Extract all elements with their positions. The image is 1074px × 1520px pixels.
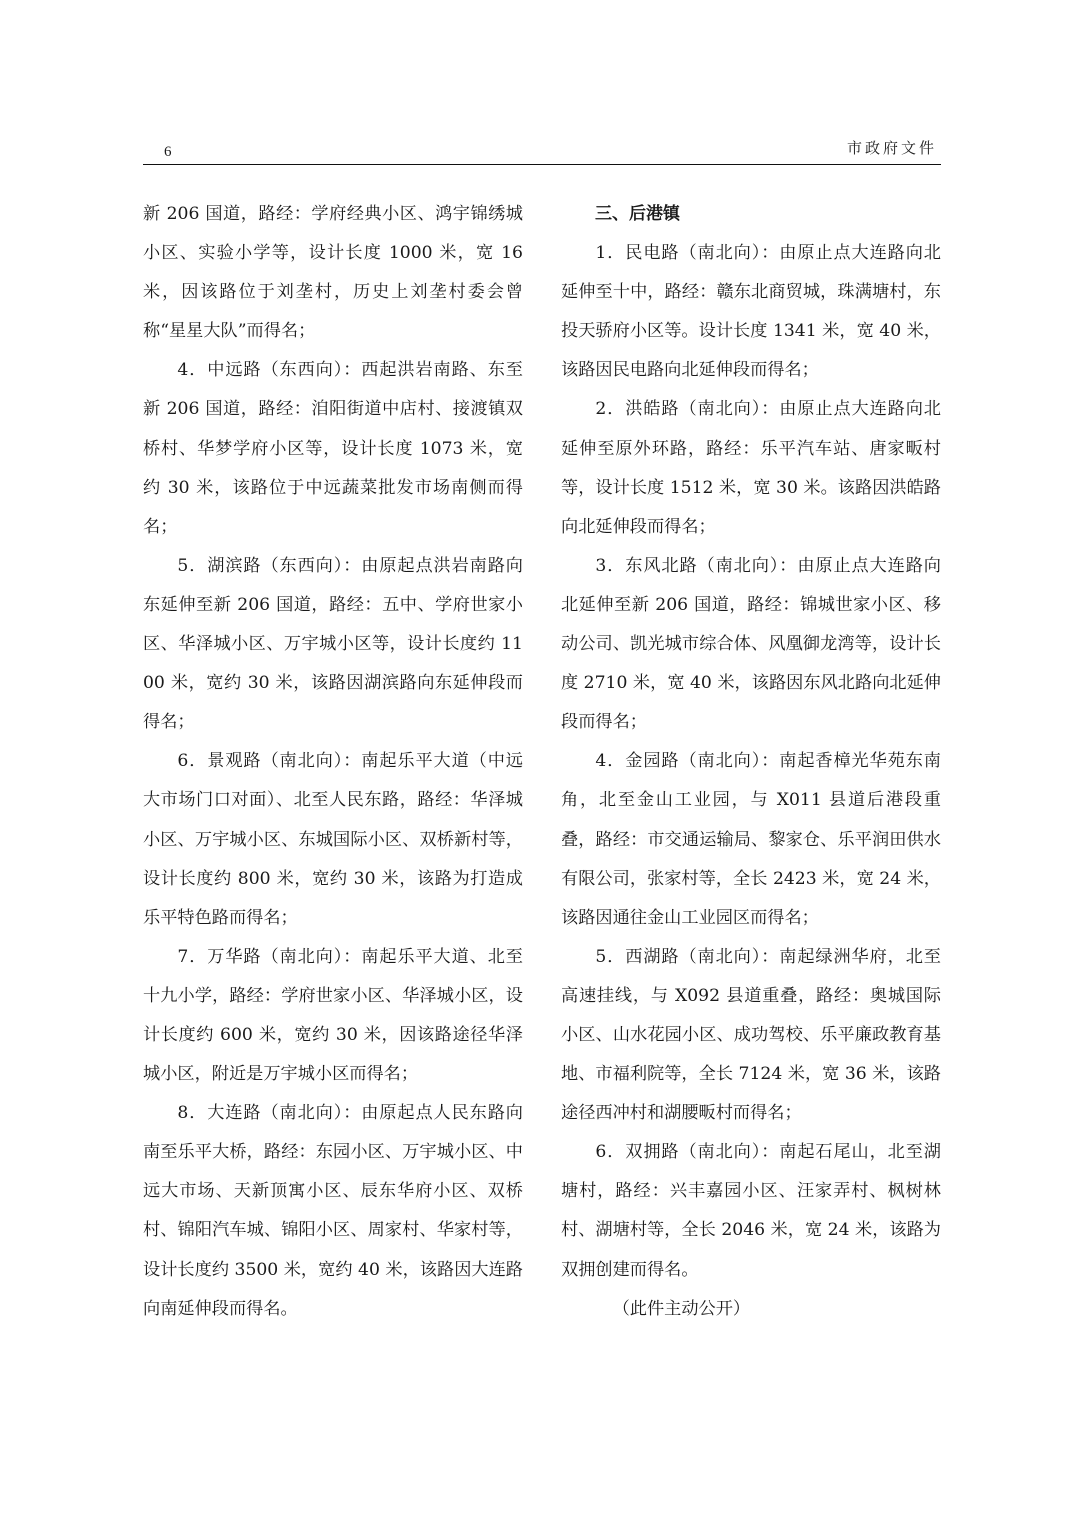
road-entry-jingguan: 6．景观路（南北向）：南起乐平大道（中远大市场门口对面）、北至人民东路，路经：华… [143,742,523,937]
road-entry-wanhua: 7．万华路（南北向）：南起乐平大道、北至十九小学，路经：学府世家小区、华泽城小区… [143,938,523,1094]
document-header-title: 市政府文件 [847,137,937,158]
continued-paragraph: 新 206 国道，路经：学府经典小区、鸿宇锦绣城小区、实验小学等，设计长度 10… [143,195,523,351]
road-entry-honghao: 2．洪皓路（南北向）：由原止点大连路向北延伸至原外环路，路经：乐平汽车站、唐家畈… [561,390,941,546]
road-entry-mindian: 1．民电路（南北向）：由原止点大连路向北延伸至十中，路经：赣东北商贸城，珠满塘村… [561,234,941,390]
page-number: 6 [164,144,172,161]
section-heading-hougang: 三、后港镇 [561,195,941,234]
left-column: 新 206 国道，路经：学府经典小区、鸿宇锦绣城小区、实验小学等，设计长度 10… [143,195,523,1329]
road-entry-shuangyong: 6．双拥路（南北向）：南起石尾山，北至湖塘村，路经：兴丰嘉园小区、汪家弄村、枫树… [561,1133,941,1289]
right-column: 三、后港镇 1．民电路（南北向）：由原止点大连路向北延伸至十中，路经：赣东北商贸… [561,195,941,1329]
road-entry-dalian: 8．大连路（南北向）：由原起点人民东路向南至乐平大桥，路经：东园小区、万宇城小区… [143,1094,523,1329]
road-entry-xihu: 5．西湖路（南北向）：南起绿洲华府，北至高速挂线，与 X092 县道重叠，路经：… [561,938,941,1133]
road-entry-hubin: 5．湖滨路（东西向）：由原起点洪岩南路向东延伸至新 206 国道，路经：五中、学… [143,547,523,742]
road-entry-zhongyuan: 4．中远路（东西向）：西起洪岩南路、东至新 206 国道，路经：洎阳街道中店村、… [143,351,523,546]
road-entry-dongfeng-north: 3．东风北路（南北向）：由原止点大连路向北延伸至新 206 国道，路经：锦城世家… [561,547,941,742]
public-disclosure-note: （此件主动公开） [561,1290,941,1329]
road-entry-jinyuan: 4．金园路（南北向）：南起香樟光华苑东南角，北至金山工业园，与 X011 县道后… [561,742,941,937]
page-header: 6 市政府文件 [143,130,941,165]
